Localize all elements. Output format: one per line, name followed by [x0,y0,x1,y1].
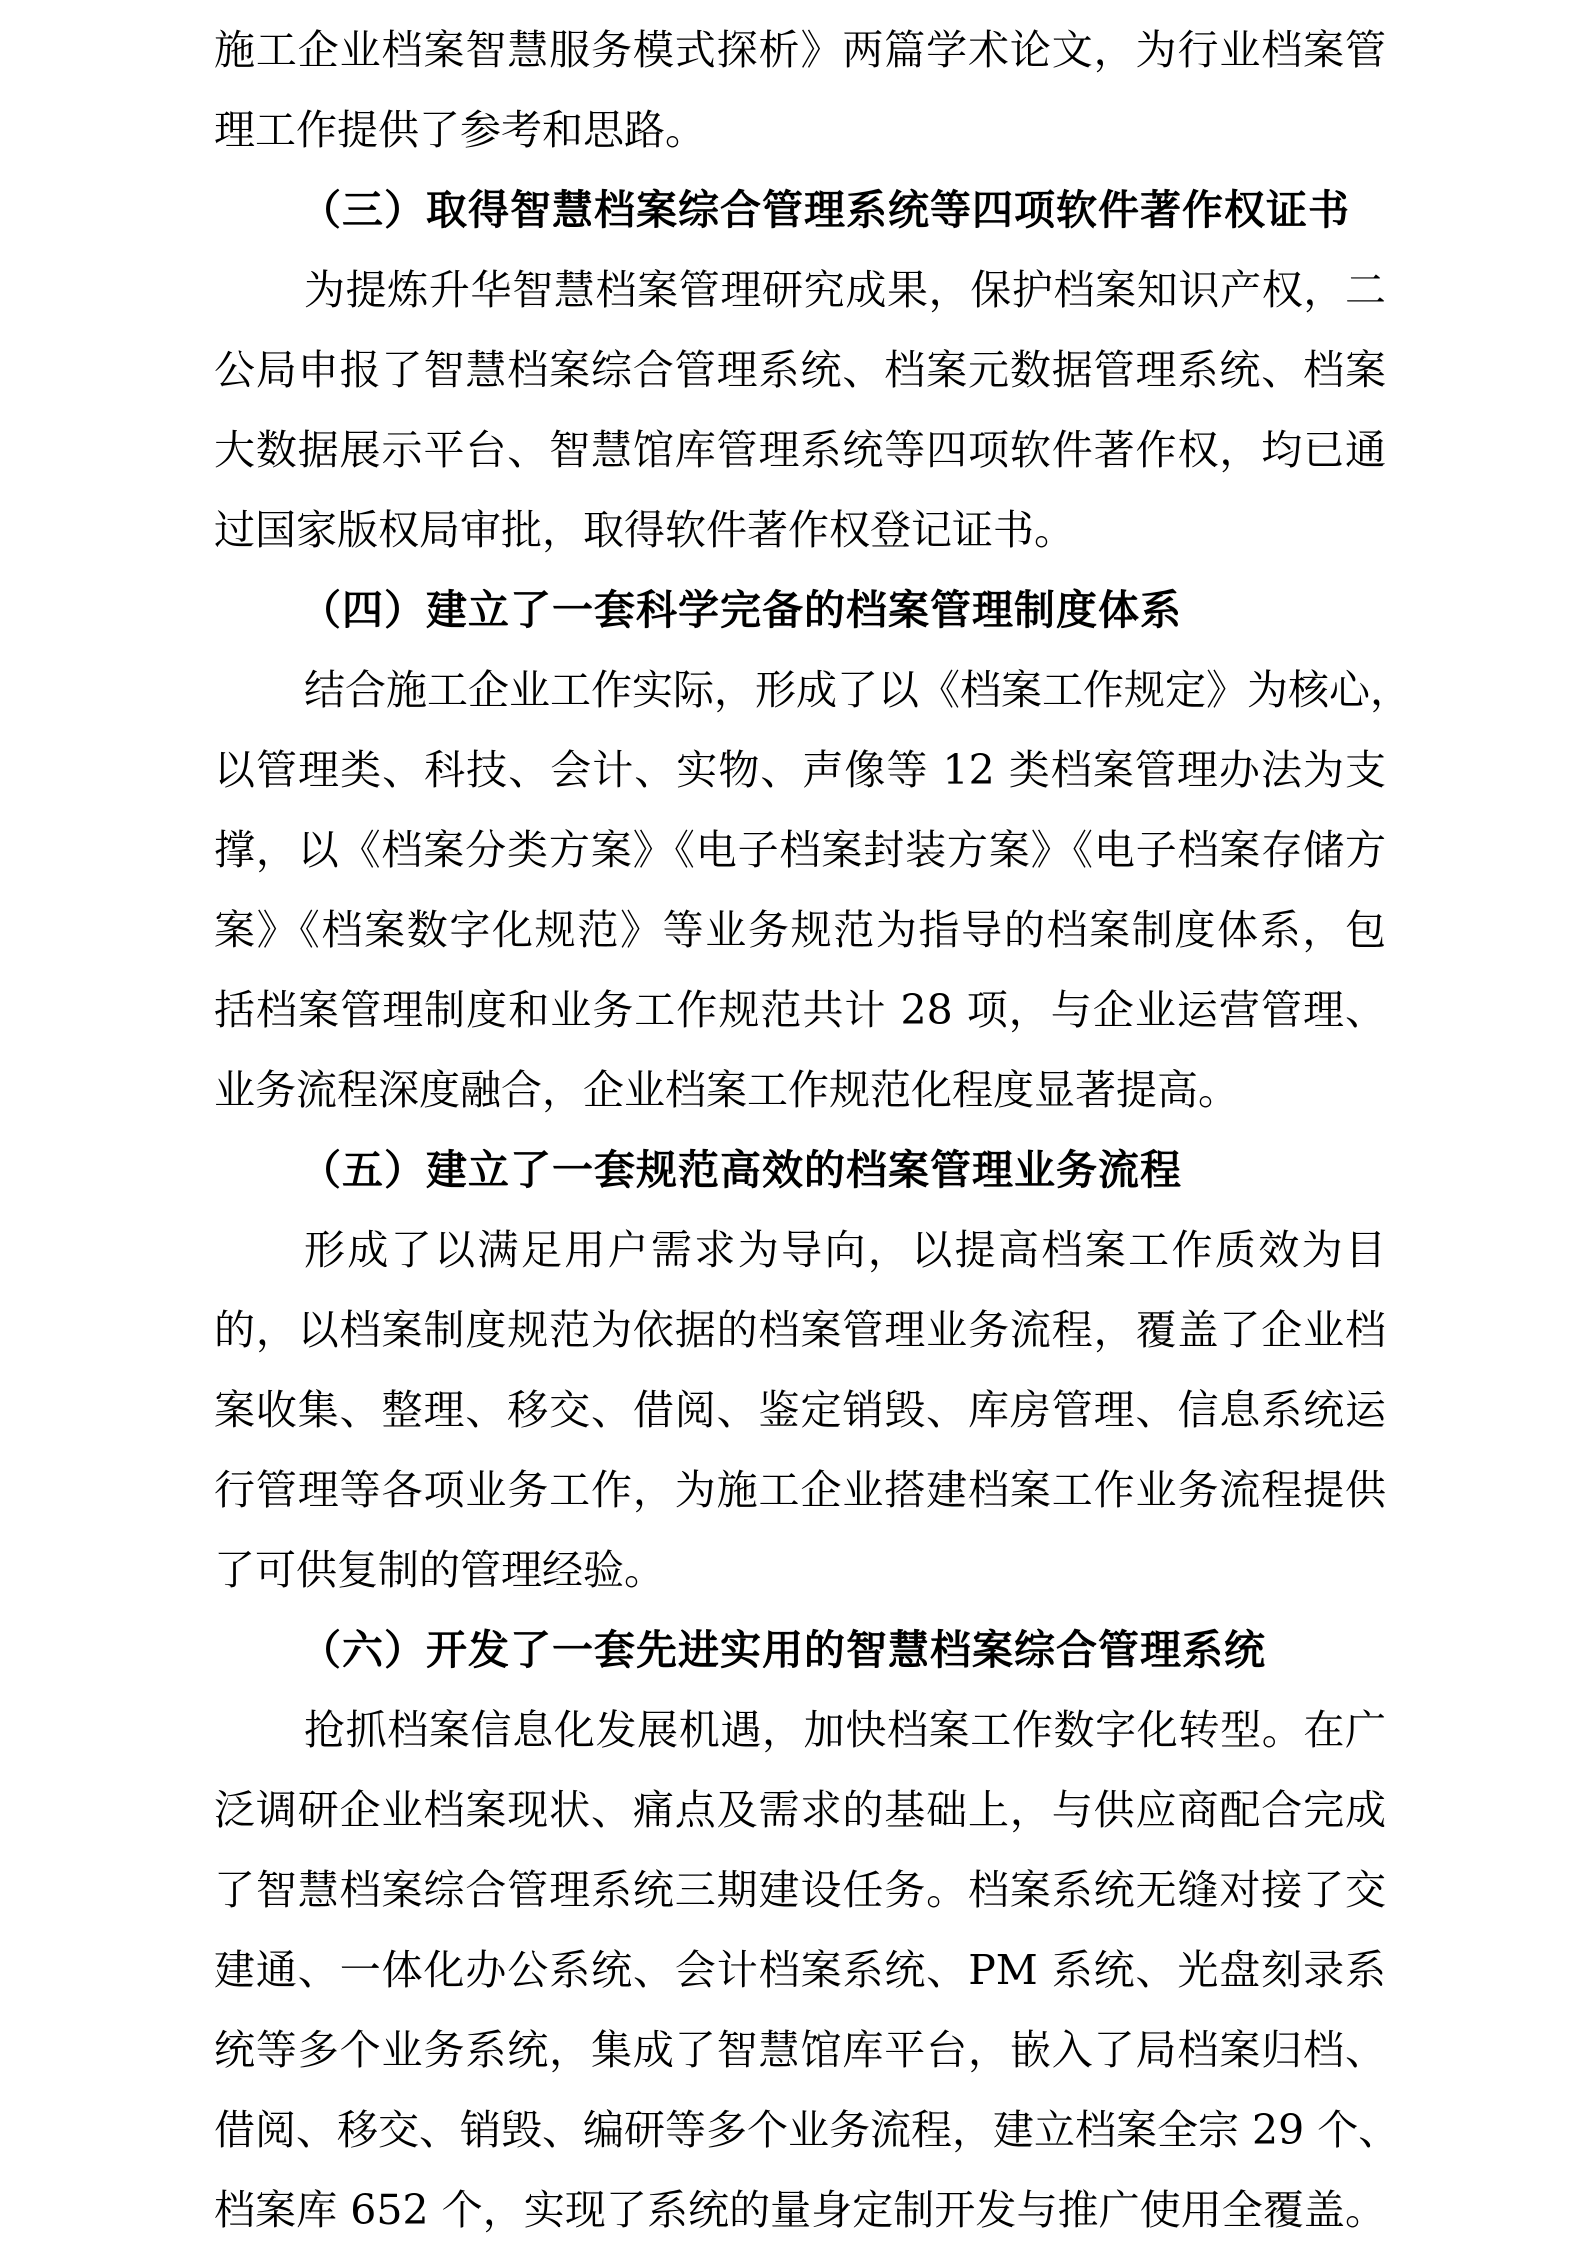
paragraph-line: 为提炼升华智慧档案管理研究成果，保护档案知识产权，二 [304,260,1386,320]
paragraph-line: 的，以档案制度规范为依据的档案管理业务流程，覆盖了企业档 [214,1300,1386,1360]
paragraph-line: 借阅、移交、销毁、编研等多个业务流程，建立档案全宗 29 个、 [214,2100,1386,2160]
paragraph-line: 行管理等各项业务工作，为施工企业搭建档案工作业务流程提供 [214,1460,1386,1520]
paragraph-line: 大数据展示平台、智慧馆库管理系统等四项软件著作权，均已通 [214,420,1386,480]
paragraph-line: 形成了以满足用户需求为导向，以提高档案工作质效为目 [304,1220,1386,1280]
paragraph-line: 括档案管理制度和业务工作规范共计 28 项，与企业运营管理、 [214,980,1386,1040]
paragraph-line: 抢抓档案信息化发展机遇，加快档案工作数字化转型。在广 [304,1700,1386,1760]
document-page: 施工企业档案智慧服务模式探析》两篇学术论文，为行业档案管 理工作提供了参考和思路… [0,0,1587,2245]
paragraph-line: 撑，以《档案分类方案》《电子档案封装方案》《电子档案存储方 [214,820,1386,880]
paragraph-line: 以管理类、科技、会计、实物、声像等 12 类档案管理办法为支 [214,740,1386,800]
paragraph-line: 理工作提供了参考和思路。 [214,100,1386,160]
paragraph-line: 了可供复制的管理经验。 [214,1540,1386,1600]
paragraph-line: 统等多个业务系统，集成了智慧馆库平台，嵌入了局档案归档、 [214,2020,1386,2080]
paragraph-line: 过国家版权局审批，取得软件著作权登记证书。 [214,500,1386,560]
section-heading-3: （三）取得智慧档案综合管理系统等四项软件著作权证书 [300,180,1350,240]
paragraph-line: 公局申报了智慧档案综合管理系统、档案元数据管理系统、档案 [214,340,1386,400]
section-heading-6: （六）开发了一套先进实用的智慧档案综合管理系统 [300,1620,1266,1680]
section-heading-5: （五）建立了一套规范高效的档案管理业务流程 [300,1140,1182,1200]
paragraph-line: 案》《档案数字化规范》等业务规范为指导的档案制度体系，包 [214,900,1386,960]
section-heading-4: （四）建立了一套科学完备的档案管理制度体系 [300,580,1182,640]
paragraph-line: 了智慧档案综合管理系统三期建设任务。档案系统无缝对接了交 [214,1860,1386,1920]
paragraph-line: 档案库 652 个，实现了系统的量身定制开发与推广使用全覆盖。 [214,2180,1386,2240]
paragraph-line: 业务流程深度融合，企业档案工作规范化程度显著提高。 [214,1060,1386,1120]
paragraph-line: 建通、一体化办公系统、会计档案系统、PM 系统、光盘刻录系 [214,1940,1386,2000]
paragraph-line: 案收集、整理、移交、借阅、鉴定销毁、库房管理、信息系统运 [214,1380,1386,1440]
paragraph-line: 施工企业档案智慧服务模式探析》两篇学术论文，为行业档案管 [214,20,1386,80]
paragraph-line: 结合施工企业工作实际，形成了以《档案工作规定》为核心， [304,660,1386,720]
paragraph-line: 泛调研企业档案现状、痛点及需求的基础上，与供应商配合完成 [214,1780,1386,1840]
